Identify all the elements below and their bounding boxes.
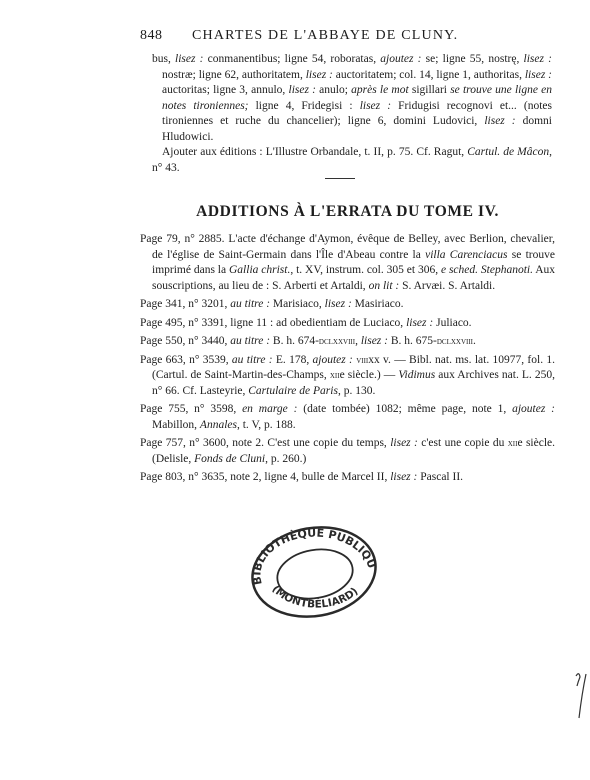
document-page: 848 CHARTES DE L'ABBAYE DE CLUNY. bus, l… bbox=[0, 0, 590, 780]
errata-entry: Page 79, n° 2885. L'acte d'échange d'Aym… bbox=[140, 232, 555, 294]
errata-entry: Page 755, n° 3598, en marge : (date tomb… bbox=[140, 402, 555, 433]
section-title: ADDITIONS À L'ERRATA DU TOME IV. bbox=[140, 203, 555, 221]
errata-entry: Page 495, n° 3391, ligne 11 : ad obedien… bbox=[140, 316, 555, 332]
page-number: 848 bbox=[140, 28, 163, 44]
addition-paragraph: Ajouter aux éditions : L'Illustre Orband… bbox=[152, 145, 552, 176]
errata-entry: Page 803, n° 3635, note 2, ligne 4, bull… bbox=[140, 470, 555, 486]
errata-entry: Page 757, n° 3600, note 2. C'est une cop… bbox=[140, 436, 555, 467]
errata-entry: Page 341, n° 3201, au titre : Marisiaco,… bbox=[140, 297, 555, 313]
errata-continuation-paragraph: bus, lisez : conmanentibus; ligne 54, ro… bbox=[152, 52, 552, 145]
errata-entry: Page 550, n° 3440, au titre : B. h. 674-… bbox=[140, 334, 555, 350]
errata-entry: Page 663, n° 3539, au titre : E. 178, aj… bbox=[140, 353, 555, 400]
handwritten-mark-icon bbox=[570, 668, 590, 738]
stamp-top-text: BIBLIOTHÈQUE PUBLIQUE bbox=[248, 522, 379, 586]
continuation-text: bus, lisez : conmanentibus; ligne 54, ro… bbox=[152, 52, 552, 176]
library-stamp-icon: BIBLIOTHÈQUE PUBLIQUE (MONTBÉLIARD) bbox=[248, 522, 380, 620]
running-head: 848 CHARTES DE L'ABBAYE DE CLUNY. bbox=[140, 28, 560, 48]
svg-text:BIBLIOTHÈQUE PUBLIQUE: BIBLIOTHÈQUE PUBLIQUE bbox=[248, 522, 379, 586]
errata-list: Page 79, n° 2885. L'acte d'échange d'Aym… bbox=[140, 232, 555, 489]
running-title: CHARTES DE L'ABBAYE DE CLUNY. bbox=[192, 28, 458, 44]
section-divider bbox=[325, 178, 355, 179]
